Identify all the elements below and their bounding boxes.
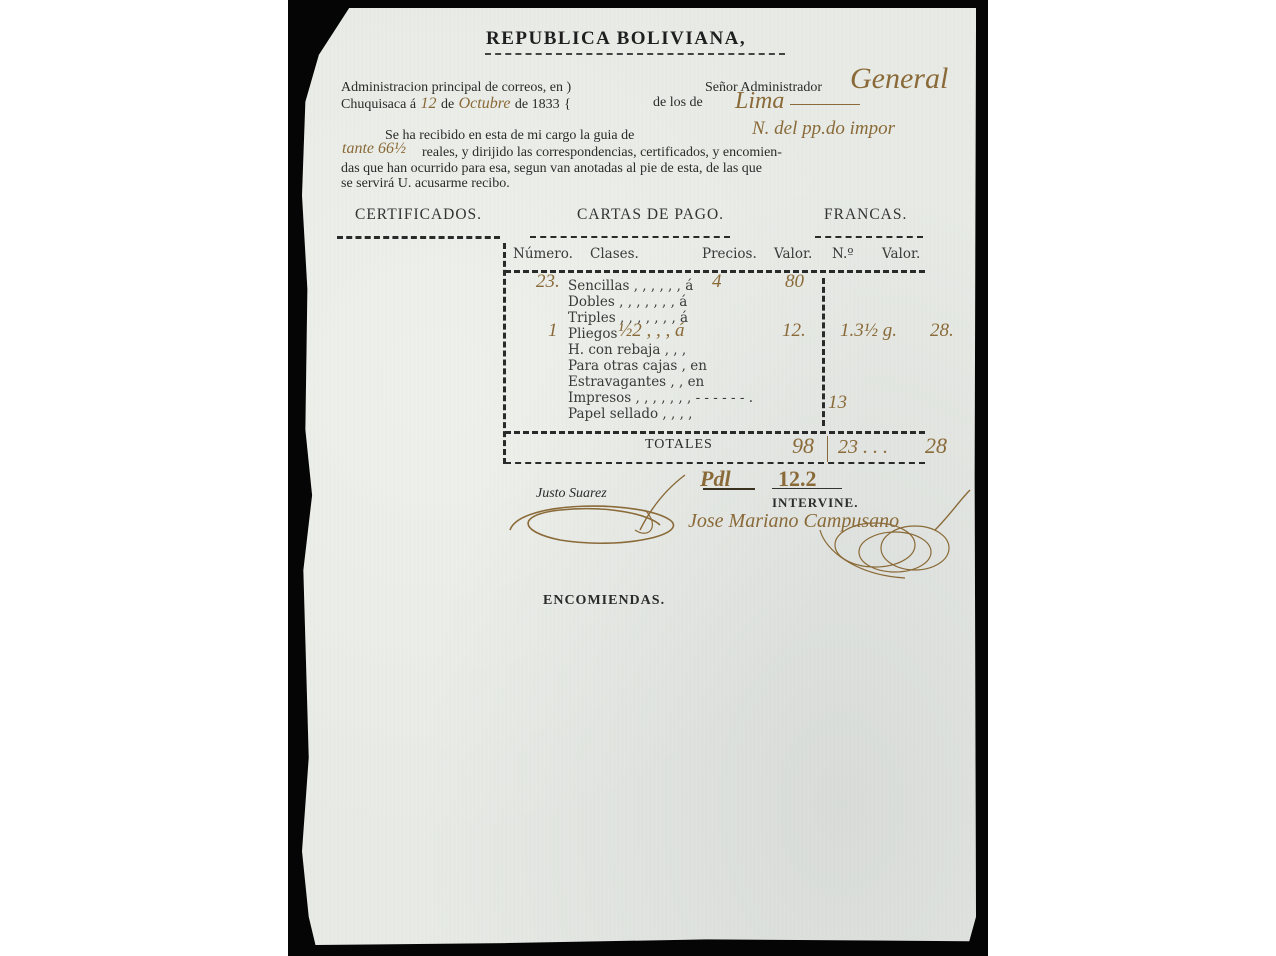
campusano-rubric-icon	[815, 490, 975, 590]
pliegos-numero: 1	[548, 320, 558, 342]
general-handwritten: General	[850, 62, 948, 96]
sencillas-numero: 23.	[536, 271, 560, 293]
row-pliegos-clase: Pliegos	[568, 326, 617, 342]
totals-label: TOTALES	[645, 437, 713, 453]
document-title: REPUBLICA BOLIVIANA,	[486, 28, 746, 50]
pliegos-precio: ½2 , , , á	[618, 320, 685, 342]
annotation-underline	[703, 488, 755, 490]
row-rebaja-clase: H. con rebaja , , ,	[568, 342, 686, 358]
pliegos-francas-valor: 28.	[930, 320, 954, 342]
section-francas: FRANCAS.	[824, 206, 907, 224]
lima-handwritten: Lima	[735, 88, 784, 115]
title-underline	[485, 53, 785, 55]
section-certificados: CERTIFICADOS.	[355, 206, 482, 224]
section-cartas-de-pago: CARTAS DE PAGO.	[577, 206, 724, 224]
sencillas-precio: 4	[712, 271, 722, 293]
table-divider	[822, 278, 825, 426]
totals-valor: 98	[792, 433, 814, 459]
place-label: Chuquisaca á	[341, 97, 416, 112]
col-header-valor: Valor.	[774, 246, 812, 262]
row-dobles-clase: Dobles , , , , , , , á	[568, 294, 687, 310]
row-papel-sellado-clase: Papel sellado , , , ,	[568, 406, 692, 422]
col-header-precios: Precios.	[702, 246, 757, 262]
totals-bottom-rule	[505, 462, 925, 464]
totals-brace	[827, 436, 828, 462]
row-otras-cajas-clase: Para otras cajas , en	[568, 358, 707, 374]
certificados-rule	[337, 236, 500, 239]
row-impresos-clase: Impresos , , , , , , , - - - - - - .	[568, 390, 753, 406]
de-label: de	[441, 97, 454, 112]
section-encomiendas: ENCOMIENDAS.	[543, 593, 665, 609]
suarez-rubric-icon	[500, 470, 690, 560]
totals-valor2: 28	[925, 433, 947, 459]
col-header-numero: Número.	[513, 246, 573, 262]
sencillas-valor: 80	[785, 271, 804, 293]
body-line3: das que han ocurrido para esa, segun van…	[341, 161, 762, 177]
pliegos-francas-n: 1.3½ g.	[840, 320, 897, 342]
brace: {	[564, 97, 571, 112]
importe-handwritten: tante 66½	[342, 140, 406, 158]
francas-rule	[815, 236, 923, 238]
row-sencillas-clase: Sencillas , , , , , , á	[568, 278, 693, 294]
lima-flourish	[790, 104, 860, 105]
guia-handwritten: N. del pp.do impor	[752, 118, 895, 140]
pliegos-valor: 12.	[782, 320, 806, 342]
totals-top-rule	[505, 431, 925, 434]
intervine-strike	[772, 488, 842, 489]
body-line4: se servirá U. acusarme recibo.	[341, 176, 510, 192]
header-left-line2: Chuquisaca á 12 de Octubre de 1833 {	[341, 95, 571, 113]
day-handwritten: 12	[420, 95, 436, 112]
impresos-francas-n: 13	[828, 392, 847, 414]
month-handwritten: Octubre	[459, 95, 511, 112]
col-header-clases: Clases.	[590, 246, 639, 262]
year-label: de 1833	[515, 97, 560, 112]
totals-n: 23 . . .	[838, 436, 888, 459]
col-header-valor2: Valor.	[882, 246, 920, 262]
header-left-line1: Administracion principal de correos, en …	[341, 80, 571, 96]
header-right-line2: de los de	[653, 95, 703, 111]
row-estravagantes-clase: Estravagantes , , en	[568, 374, 704, 390]
col-header-n: N.º	[832, 246, 854, 262]
cartas-rule	[530, 236, 730, 238]
body-line2: reales, y dirijido las correspondencias,…	[422, 145, 782, 161]
body-line1: Se ha recibido en esta de mi cargo la gu…	[385, 128, 634, 144]
